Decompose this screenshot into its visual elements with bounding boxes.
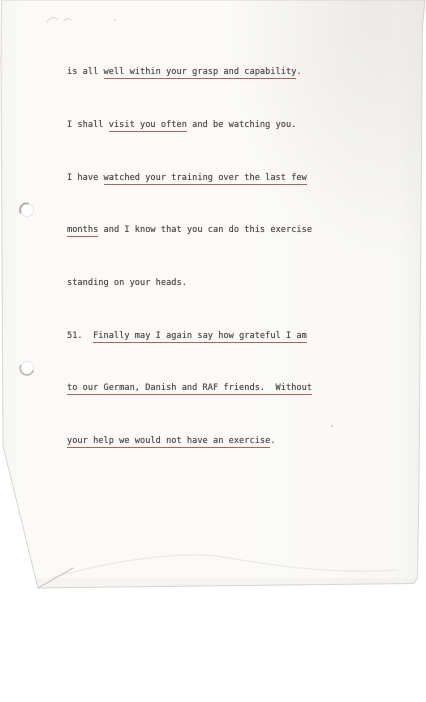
typed-line: 51. Finally may I again say how grateful… <box>67 328 312 346</box>
typed-line: I have watched your training over the la… <box>67 170 312 188</box>
typed-text-underlined: visit you often <box>109 120 187 132</box>
typed-line: to our German, Danish and RAF friends. W… <box>67 380 312 398</box>
typed-text: standing on your heads. <box>67 278 187 288</box>
scanned-document: is all well within your grasp and capabi… <box>0 0 426 702</box>
typed-text-underlined: your help we would not have an exercise <box>67 436 270 448</box>
typed-text-underlined: months <box>67 225 98 237</box>
typed-line: I shall visit you often and be watching … <box>67 117 312 135</box>
typed-text: . <box>270 436 275 446</box>
scan-background: { "colors": { "background": "#ffffff", "… <box>0 0 426 702</box>
typed-text: and be watching you. <box>187 120 297 130</box>
typed-text: I shall <box>67 120 109 130</box>
typed-line: standing on your heads. <box>67 275 312 293</box>
typed-text-underlined: watched your training over the last few <box>104 173 307 185</box>
typed-text-underlined: well within your grasp and capability <box>104 67 297 79</box>
typed-line: is all well within your grasp and capabi… <box>67 64 312 82</box>
typed-line: your help we would not have an exercise. <box>67 433 312 451</box>
typed-text-underlined: to our German, Danish and RAF friends. W… <box>67 383 312 395</box>
typed-text-underlined: Finally may I again say how grateful I a… <box>93 331 307 343</box>
typed-text: . <box>296 67 301 77</box>
typed-text: and I know that you can do this exercise <box>98 225 312 235</box>
pencil-dot <box>114 19 116 21</box>
typed-text-block: is all well within your grasp and capabi… <box>67 29 312 486</box>
punch-hole-top <box>20 203 33 216</box>
paper-speck <box>331 425 334 428</box>
typed-text: I have <box>67 173 104 183</box>
punch-hole-bottom <box>20 362 33 375</box>
typed-text: is all <box>67 67 104 77</box>
typed-line: months and I know that you can do this e… <box>67 222 312 240</box>
typed-text: 51. <box>67 331 93 341</box>
